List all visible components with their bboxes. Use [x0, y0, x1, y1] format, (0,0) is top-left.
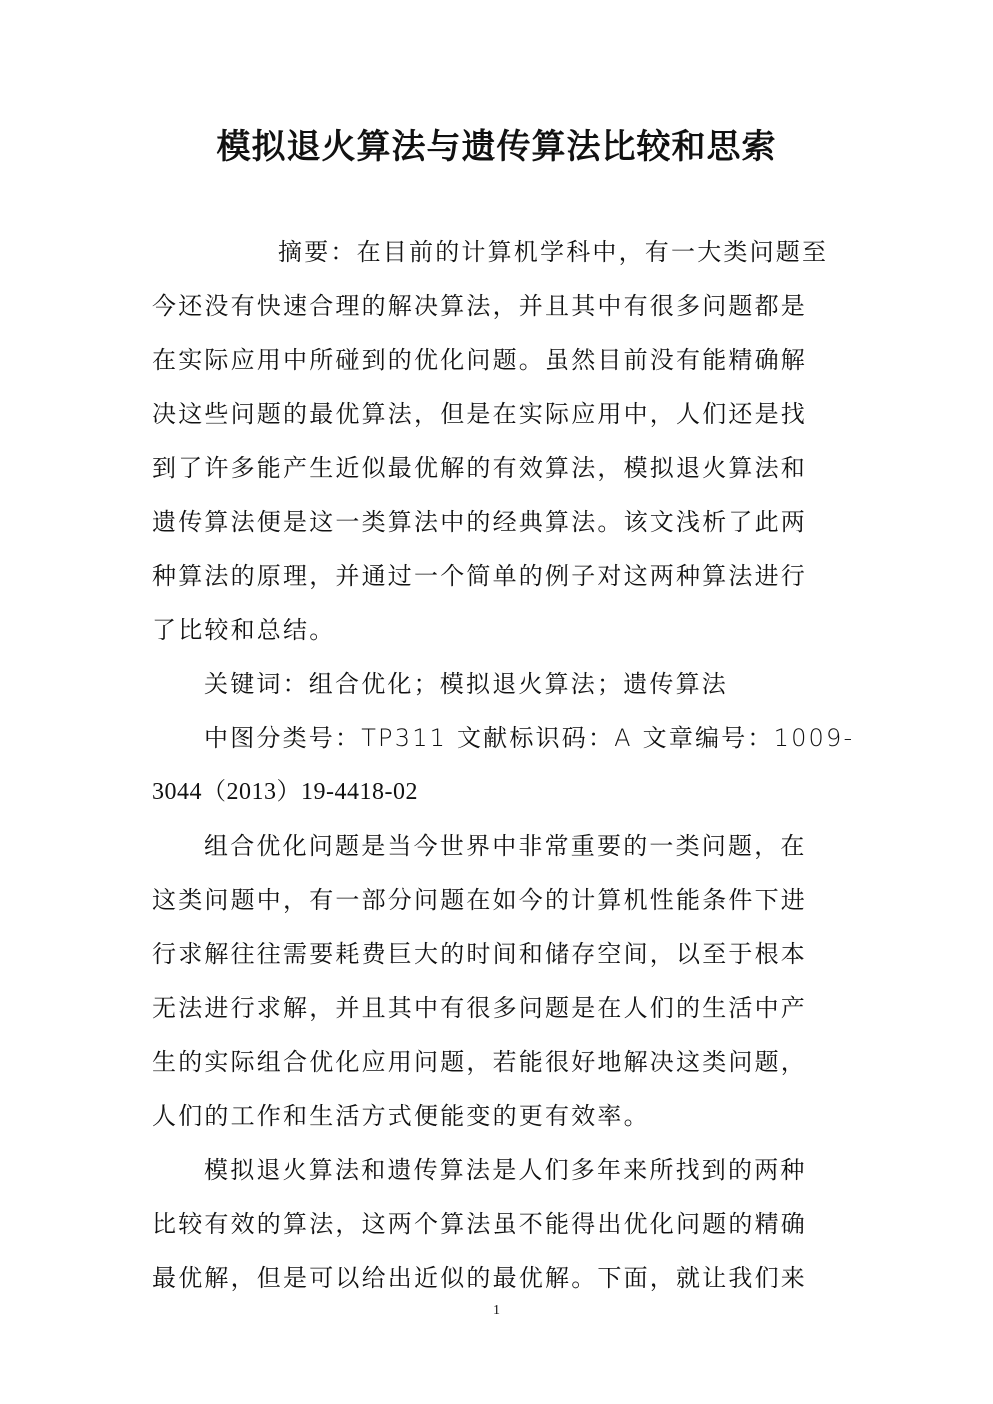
abstract-line-4: 决这些问题的最优算法，但是在实际应用中，人们还是找	[152, 398, 807, 430]
classification-line: 中图分类号：TP311 文献标识码：A 文章编号：1009-	[204, 722, 854, 754]
document-page: 模拟退火算法与遗传算法比较和思索 摘要：在目前的计算机学科中，有一大类问题至 今…	[0, 0, 993, 1404]
body-paragraph-2-line-3: 最优解，但是可以给出近似的最优解。下面，就让我们来	[152, 1262, 807, 1294]
abstract-line-7: 种算法的原理，并通过一个简单的例子对这两种算法进行	[152, 560, 807, 592]
body-paragraph-2-line-1: 模拟退火算法和遗传算法是人们多年来所找到的两种	[204, 1154, 807, 1186]
abstract-line-6: 遗传算法便是这一类算法中的经典算法。该文浅析了此两	[152, 506, 807, 538]
abstract-line-2: 今还没有快速合理的解决算法，并且其中有很多问题都是	[152, 290, 807, 322]
abstract-line-1: 摘要：在目前的计算机学科中，有一大类问题至	[278, 236, 828, 268]
article-number-line: 3044（2013）19-4418-02	[152, 776, 418, 808]
body-paragraph-1-line-1: 组合优化问题是当今世界中非常重要的一类问题，在	[204, 830, 807, 862]
keywords-line: 关键词：组合优化；模拟退火算法；遗传算法	[204, 668, 728, 700]
document-title: 模拟退火算法与遗传算法比较和思索	[0, 122, 993, 172]
body-paragraph-1-line-6: 人们的工作和生活方式便能变的更有效率。	[152, 1100, 650, 1132]
body-paragraph-1-line-4: 无法进行求解，并且其中有很多问题是在人们的生活中产	[152, 992, 807, 1024]
body-paragraph-2-line-2: 比较有效的算法，这两个算法虽不能得出优化问题的精确	[152, 1208, 807, 1240]
page-number: 1	[0, 1302, 993, 1320]
abstract-line-3: 在实际应用中所碰到的优化问题。虽然目前没有能精确解	[152, 344, 807, 376]
body-paragraph-1-line-5: 生的实际组合优化应用问题，若能很好地解决这类问题，	[152, 1046, 807, 1078]
body-paragraph-1-line-3: 行求解往往需要耗费巨大的时间和储存空间，以至于根本	[152, 938, 807, 970]
abstract-line-5: 到了许多能产生近似最优解的有效算法，模拟退火算法和	[152, 452, 807, 484]
abstract-line-8: 了比较和总结。	[152, 614, 335, 646]
body-paragraph-1-line-2: 这类问题中，有一部分问题在如今的计算机性能条件下进	[152, 884, 807, 916]
